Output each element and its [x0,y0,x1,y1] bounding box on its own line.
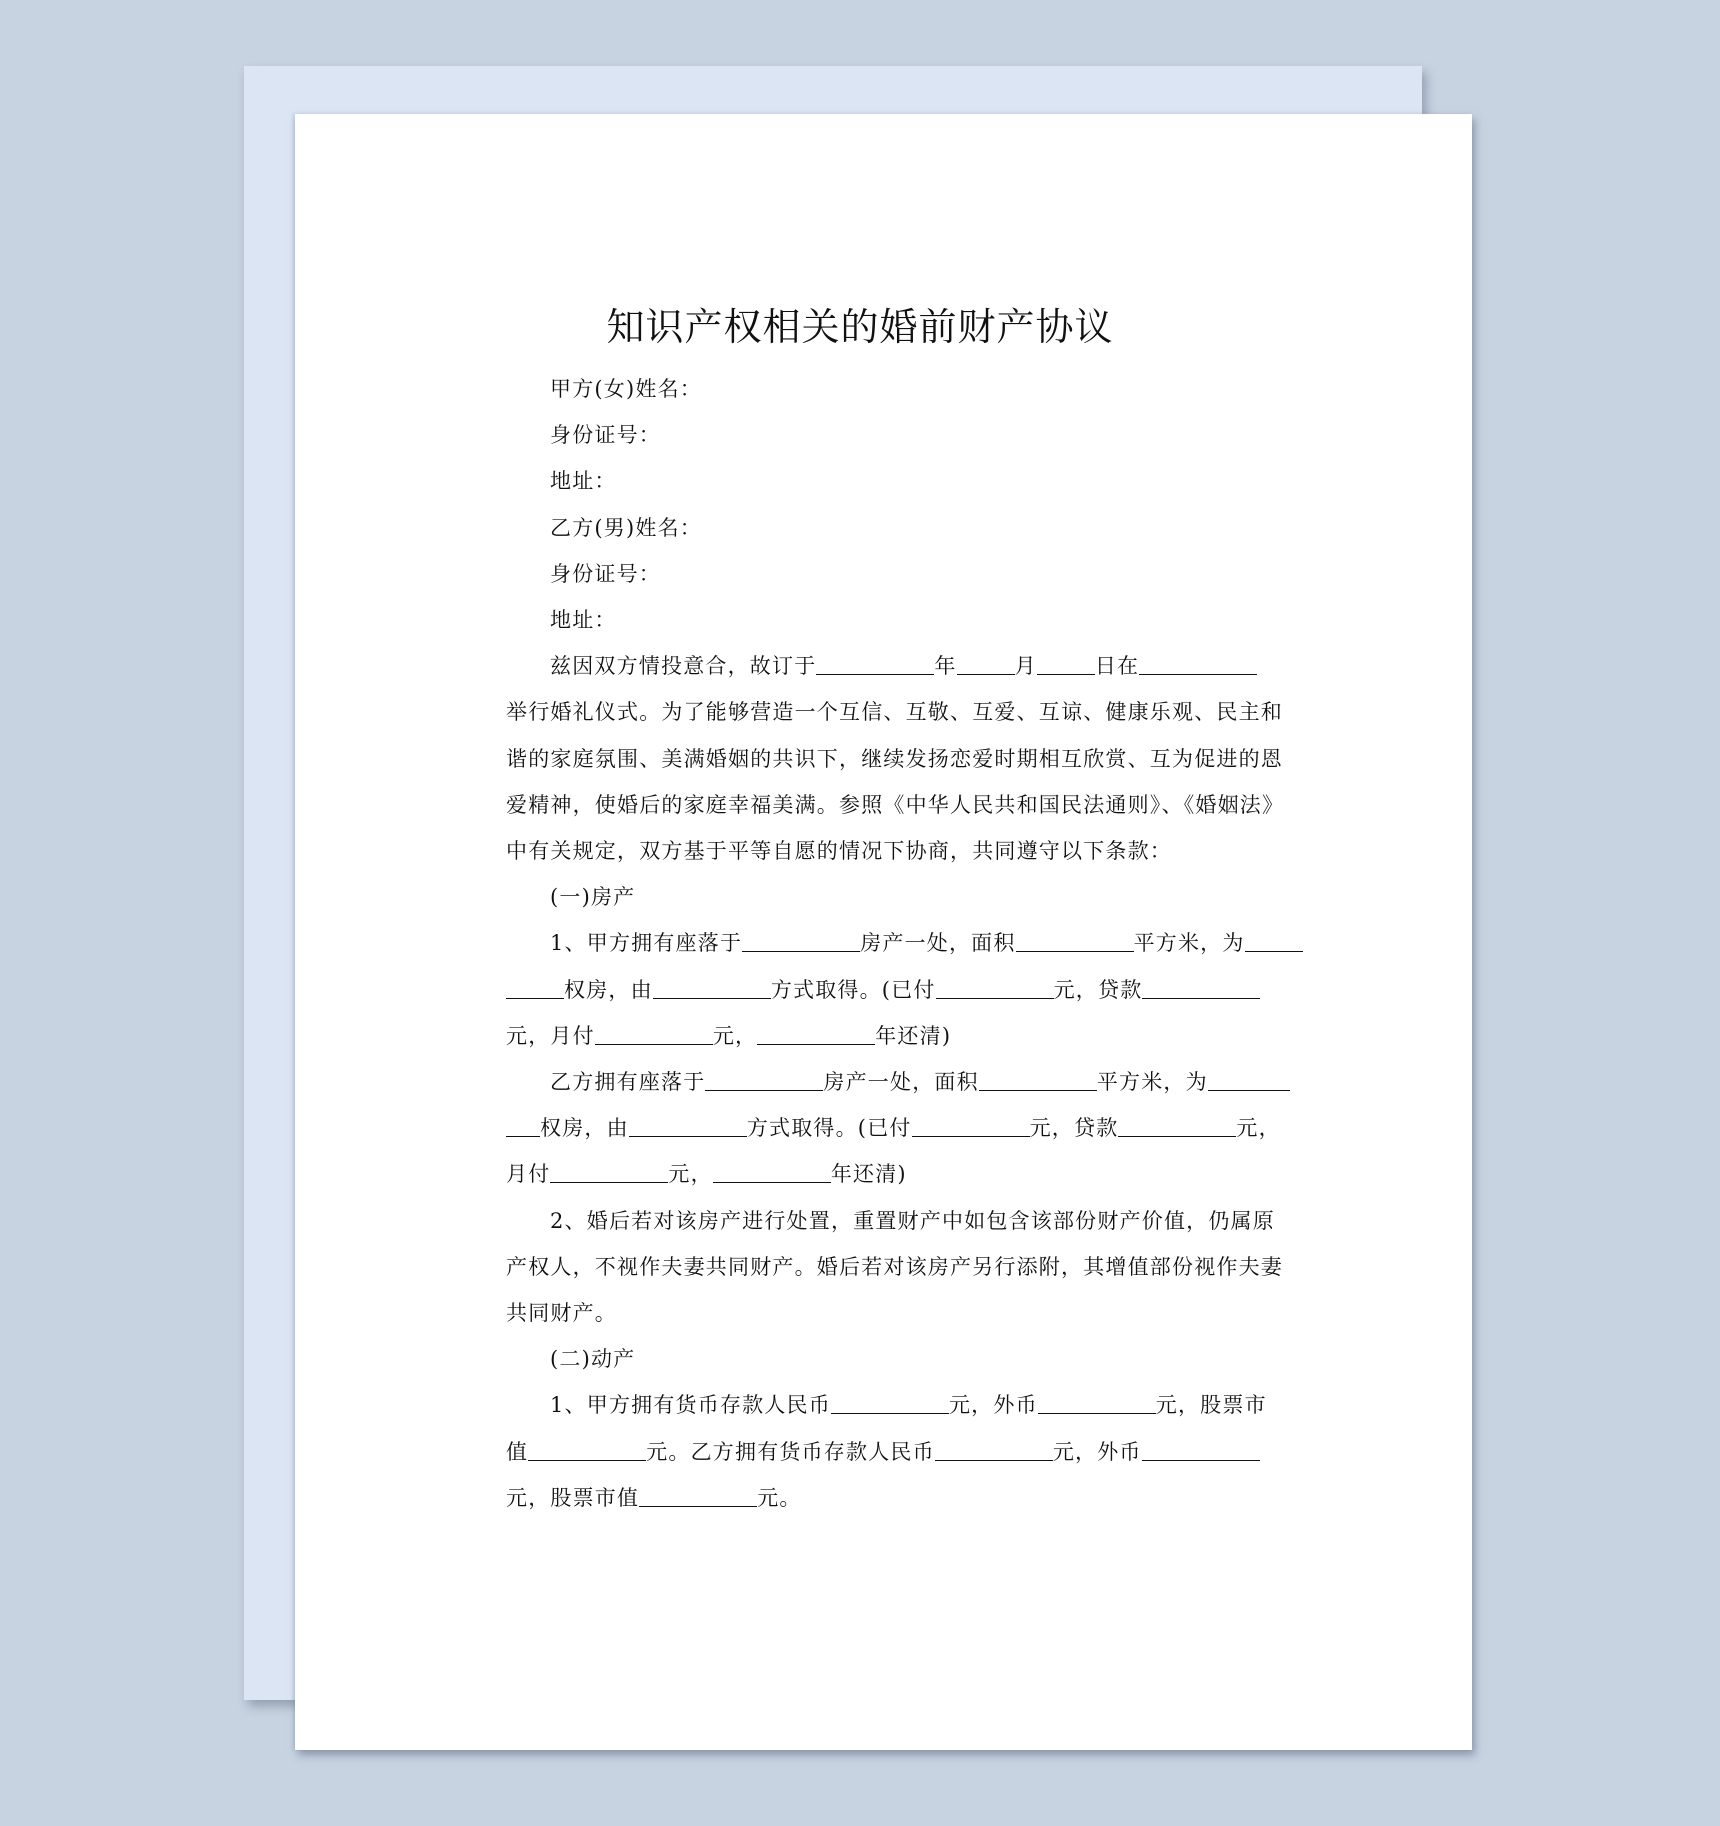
text: 年 [934,654,956,678]
disposal-clause-line-1: 2、婚后若对该房产进行处置，重置财产中如包含该部份财产价值，仍属原 [506,1198,1262,1244]
text: 平方米，为 [1097,1070,1208,1094]
stock-value-blank[interactable] [528,1439,646,1461]
years-blank[interactable] [757,1023,875,1045]
preamble-line-4: 爱精神，使婚后的家庭幸福美满。参照《中华人民共和国民法通则》、《婚姻法》 [506,782,1262,828]
text: 1、甲方拥有座落于 [550,931,742,955]
ownership-blank[interactable] [1245,930,1303,952]
loan-blank[interactable] [1118,1115,1236,1137]
party-b-property-line-2: 权房，由方式取得。(已付元，贷款元， [506,1105,1262,1151]
text: 房产一处，面积 [823,1070,978,1094]
text: 权房，由 [540,1116,629,1140]
party-a-property-line-1: 1、甲方拥有座落于房产一处，面积平方米，为 [506,920,1262,966]
text: 权房，由 [564,978,653,1002]
text: 兹因双方情投意合，故订于 [550,654,816,678]
preamble-line-2: 举行婚礼仪式。为了能够营造一个互信、互敬、互爱、互谅、健康乐观、民主和 [506,689,1262,735]
party-b-property-line-3: 月付元，年还清) [506,1151,1262,1197]
text: 月付 [506,1162,550,1186]
text: 元，贷款 [1030,1116,1119,1140]
party-a-name-label: 甲方(女)姓名： [506,366,1262,412]
rmb-deposit-blank[interactable] [831,1392,949,1414]
text: 元， [713,1024,757,1048]
party-a-property-line-3: 元，月付元，年还清) [506,1013,1262,1059]
disposal-clause-line-2: 产权人，不视作夫妻共同财产。婚后若对该房产另行添附，其增值部份视作夫妻 [506,1244,1262,1290]
preamble-line-5: 中有关规定，双方基于平等自愿的情况下协商，共同遵守以下条款： [506,828,1262,874]
text: 方式取得。(已付 [747,1116,912,1140]
text: 1、甲方拥有货币存款人民币 [550,1393,831,1417]
preamble-line-3: 谐的家庭氛围、美满婚姻的共识下，继续发扬恋爱时期相互欣赏、互为促进的恩 [506,736,1262,782]
text: 房产一处，面积 [860,931,1015,955]
text: 元，外币 [1053,1440,1142,1464]
acquisition-blank[interactable] [629,1115,747,1137]
text: 值 [506,1440,528,1464]
text: 元。乙方拥有货币存款人民币 [646,1440,935,1464]
foreign-currency-blank[interactable] [1038,1392,1156,1414]
stock-value-blank[interactable] [639,1485,757,1507]
text: 元，外币 [949,1393,1038,1417]
section-2-heading: (二)动产 [506,1336,1262,1382]
party-a-address-label: 地址： [506,458,1262,504]
text: 年还清) [831,1162,907,1186]
monthly-blank[interactable] [595,1023,713,1045]
ownership-blank[interactable] [1208,1069,1290,1091]
text: 方式取得。(已付 [771,978,936,1002]
movable-property-line-3: 元，股票市值元。 [506,1475,1262,1521]
text: 平方米，为 [1134,931,1245,955]
party-b-property-line-1: 乙方拥有座落于房产一处，面积平方米，为 [506,1059,1262,1105]
text: 元，股票市 [1156,1393,1267,1417]
movable-property-line-2: 值元。乙方拥有货币存款人民币元，外币 [506,1429,1262,1475]
party-b-name-label: 乙方(男)姓名： [506,505,1262,551]
text: 元， [1236,1116,1280,1140]
monthly-blank[interactable] [550,1161,668,1183]
ownership-blank-cont[interactable] [506,977,564,999]
text: 元，月付 [506,1024,595,1048]
text: 元，股票市值 [506,1486,639,1510]
paid-blank[interactable] [936,977,1054,999]
loan-blank[interactable] [1142,977,1260,999]
location-blank[interactable] [742,930,860,952]
text: 月 [1015,654,1037,678]
year-blank[interactable] [816,653,934,675]
text: 元，贷款 [1054,978,1143,1002]
movable-property-line-1: 1、甲方拥有货币存款人民币元，外币元，股票市 [506,1382,1262,1428]
document-body: 甲方(女)姓名： 身份证号： 地址： 乙方(男)姓名： 身份证号： 地址： 兹因… [506,366,1262,1521]
party-b-address-label: 地址： [506,597,1262,643]
disposal-clause-line-3: 共同财产。 [506,1290,1262,1336]
text: 元。 [757,1486,801,1510]
party-a-id-label: 身份证号： [506,412,1262,458]
venue-blank[interactable] [1139,653,1257,675]
party-b-id-label: 身份证号： [506,551,1262,597]
area-blank[interactable] [1016,930,1134,952]
ownership-blank-cont[interactable] [506,1115,540,1137]
years-blank[interactable] [713,1161,831,1183]
preamble-line-1: 兹因双方情投意合，故订于年月日在 [506,643,1262,689]
text: 元， [668,1162,712,1186]
text: 日在 [1095,654,1139,678]
acquisition-blank[interactable] [653,977,771,999]
text: 年还清) [875,1024,951,1048]
location-blank[interactable] [705,1069,823,1091]
foreign-currency-blank[interactable] [1142,1439,1260,1461]
day-blank[interactable] [1037,653,1095,675]
area-blank[interactable] [979,1069,1097,1091]
paid-blank[interactable] [912,1115,1030,1137]
text: 乙方拥有座落于 [550,1070,705,1094]
rmb-deposit-blank[interactable] [935,1439,1053,1461]
document-title: 知识产权相关的婚前财产协议 [0,302,1720,352]
month-blank[interactable] [957,653,1015,675]
section-1-heading: (一)房产 [506,874,1262,920]
party-a-property-line-2: 权房，由方式取得。(已付元，贷款 [506,967,1262,1013]
